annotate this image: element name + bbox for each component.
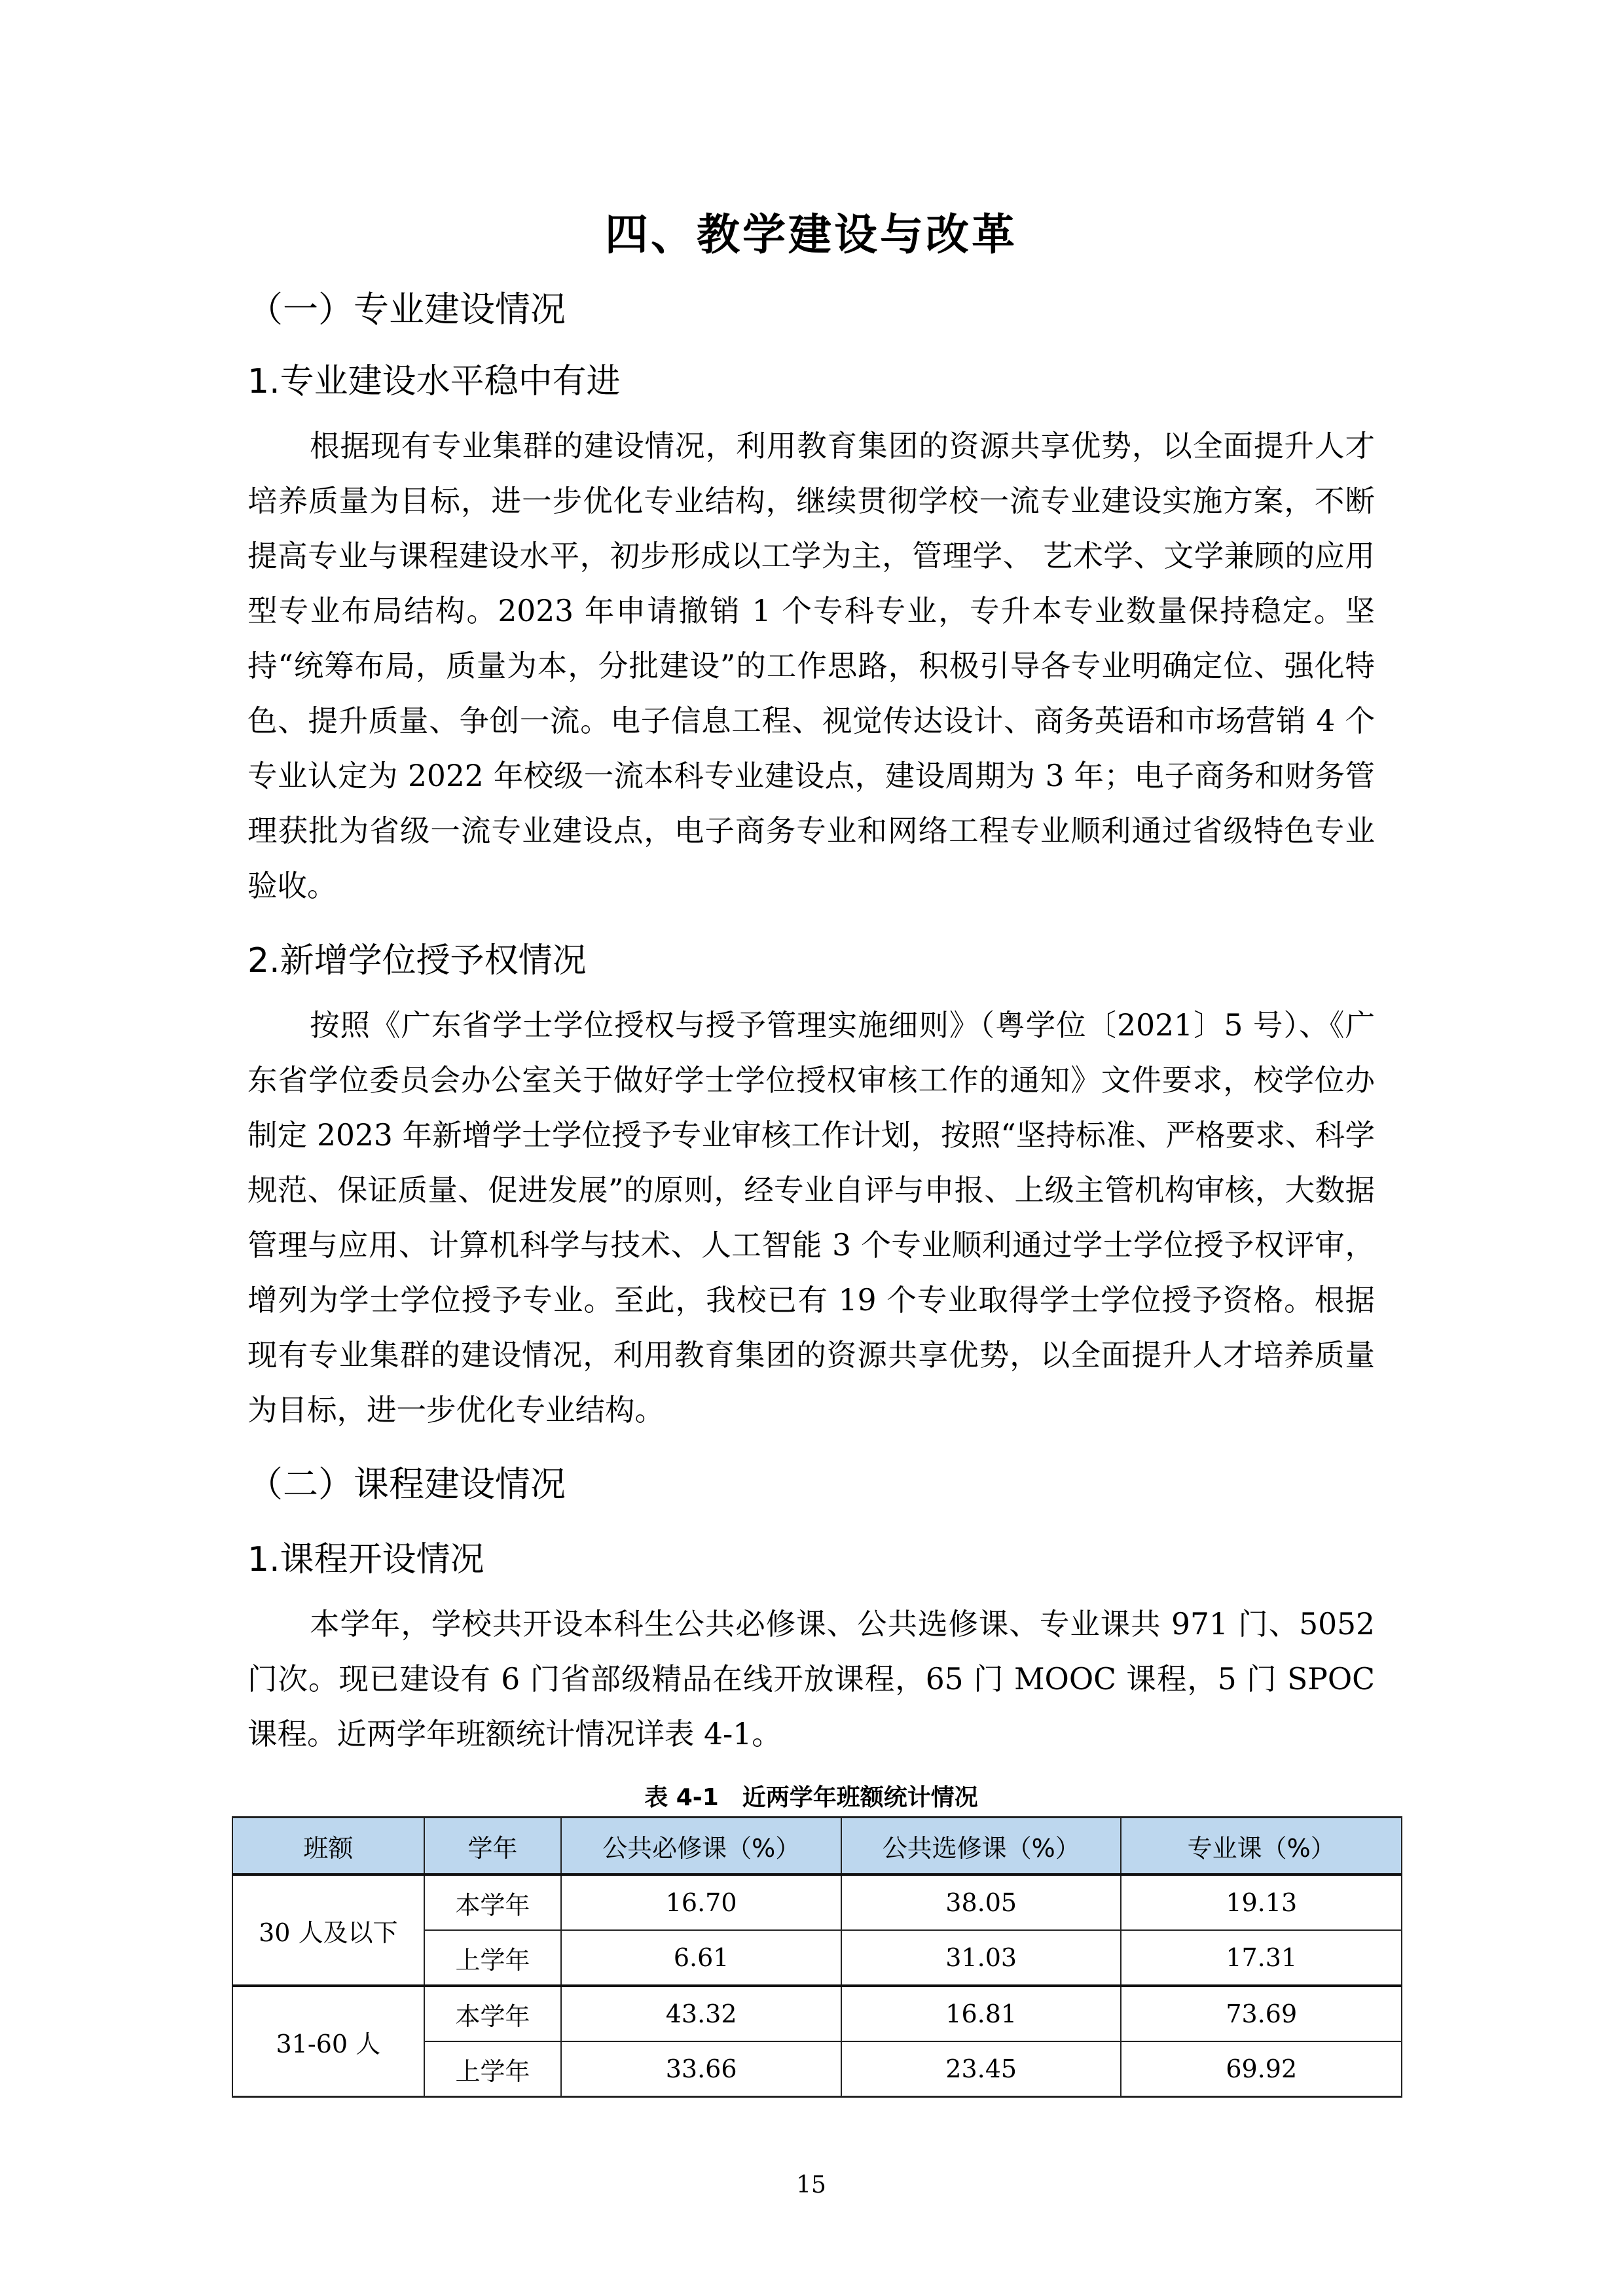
year-cell: 上学年 xyxy=(424,2041,562,2097)
table-caption: 表 4-1 近两学年班额统计情况 xyxy=(247,1779,1375,1812)
required-cell: 16.70 xyxy=(561,1874,841,1930)
group-label: 31-60 人 xyxy=(232,1986,424,2097)
section-heading-1: （一）专业建设情况 xyxy=(247,281,566,332)
table-row: 30 人及以下 本学年 16.70 38.05 19.13 xyxy=(232,1874,1402,1930)
page-number: 15 xyxy=(247,2172,1375,2198)
year-cell: 上学年 xyxy=(424,1930,562,1986)
paragraph-degree-authorization: 按照《广东省学士学位授权与授予管理实施细则》（粤学位〔2021〕5 号）、《广东… xyxy=(247,998,1375,1438)
required-cell: 43.32 xyxy=(561,1986,841,2041)
header-public-required: 公共必修课（%） xyxy=(561,1818,841,1875)
year-cell: 本学年 xyxy=(424,1986,562,2041)
subsection-heading-1-1: 1.专业建设水平稳中有进 xyxy=(247,353,621,403)
group-label: 30 人及以下 xyxy=(232,1874,424,1986)
subsection-heading-1-2: 2.新增学位授予权情况 xyxy=(247,933,587,982)
header-public-elective: 公共选修课（%） xyxy=(841,1818,1122,1875)
paragraph-major-construction: 根据现有专业集群的建设情况，利用教育集团的资源共享优势，以全面提升人才培养质量为… xyxy=(247,419,1375,914)
section-heading-2: （二）课程建设情况 xyxy=(247,1456,566,1507)
class-size-table: 班额 学年 公共必修课（%） 公共选修课（%） 专业课（%） 30 人及以下 本… xyxy=(232,1816,1402,2098)
elective-cell: 38.05 xyxy=(841,1874,1122,1930)
required-cell: 6.61 xyxy=(561,1930,841,1986)
elective-cell: 16.81 xyxy=(841,1986,1122,2041)
major-cell: 73.69 xyxy=(1121,1986,1402,2041)
major-cell: 69.92 xyxy=(1121,2041,1402,2097)
year-cell: 本学年 xyxy=(424,1874,562,1930)
paragraph-course-offering: 本学年，学校共开设本科生公共必修课、公共选修课、专业课共 971 门、5052 … xyxy=(247,1597,1375,1762)
table-row: 31-60 人 本学年 43.32 16.81 73.69 xyxy=(232,1986,1402,2041)
major-cell: 19.13 xyxy=(1121,1874,1402,1930)
subsection-heading-2-1: 1.课程开设情况 xyxy=(247,1532,484,1581)
required-cell: 33.66 xyxy=(561,2041,841,2097)
header-class-size: 班额 xyxy=(232,1818,424,1875)
header-year: 学年 xyxy=(424,1818,562,1875)
elective-cell: 31.03 xyxy=(841,1930,1122,1986)
chapter-title: 四、教学建设与改革 xyxy=(247,200,1375,262)
major-cell: 17.31 xyxy=(1121,1930,1402,1986)
elective-cell: 23.45 xyxy=(841,2041,1122,2097)
table-header-row: 班额 学年 公共必修课（%） 公共选修课（%） 专业课（%） xyxy=(232,1818,1402,1875)
header-major-course: 专业课（%） xyxy=(1121,1818,1402,1875)
